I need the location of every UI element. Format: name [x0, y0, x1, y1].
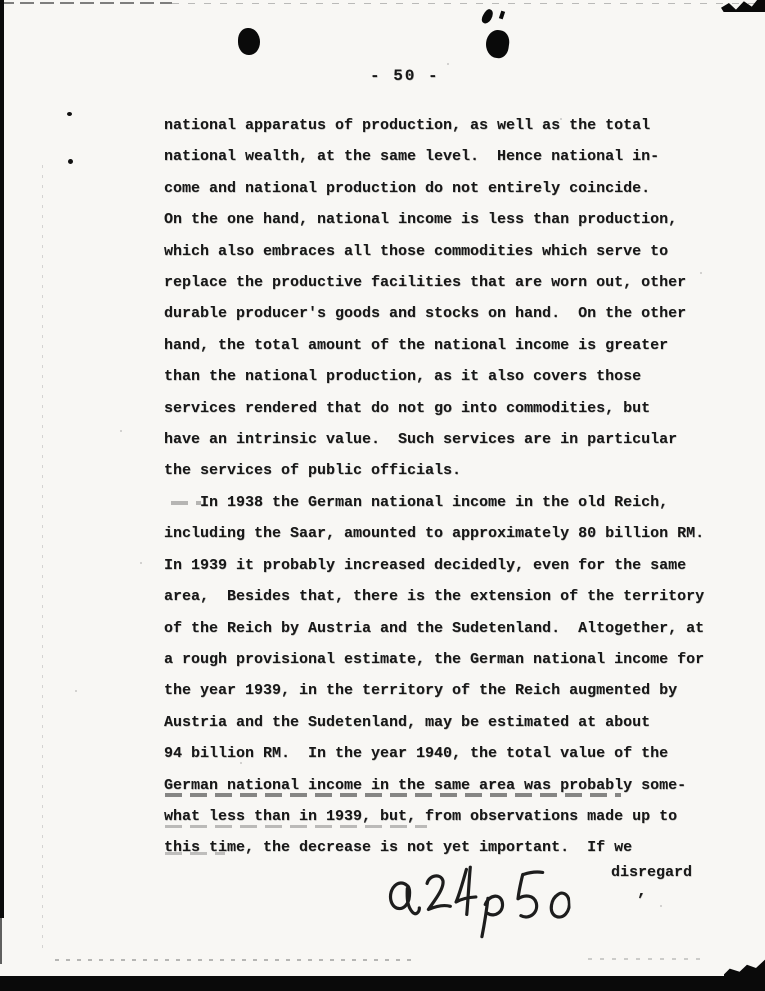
- text-line: come and national production do not enti…: [164, 173, 724, 204]
- body-text: national apparatus of production, as wel…: [164, 110, 724, 864]
- text-line: In 1938 the German national income in th…: [164, 487, 724, 518]
- text-line: have an intrinsic value. Such services a…: [164, 424, 724, 455]
- top-edge-scan-line: [0, 2, 172, 4]
- top-right-ink-mark: [721, 0, 765, 12]
- text-line: In 1939 it probably increased decidedly,…: [164, 550, 724, 581]
- text-line: what less than in 1939, but, from observ…: [164, 801, 724, 832]
- bottom-dotted-scan-line: [55, 959, 415, 961]
- text-line: the services of public officials.: [164, 455, 724, 486]
- text-line: than the national production, as it also…: [164, 361, 724, 392]
- text-line: German national income in the same area …: [164, 770, 724, 801]
- text-line: which also embraces all those commoditie…: [164, 236, 724, 267]
- scan-speck-dark: [67, 112, 72, 116]
- text-line: replace the productive facilities that a…: [164, 267, 724, 298]
- bottom-right-ink-mark: [724, 959, 765, 991]
- hole-punch-left: [238, 28, 260, 55]
- left-edge-scan-border: [0, 0, 4, 918]
- bottom-dotted-scan-line-2: [588, 958, 708, 960]
- bottom-edge-scan-border: [0, 976, 765, 991]
- ink-splatter-mark: [480, 8, 496, 25]
- page-number: - 50 -: [370, 67, 440, 85]
- scanned-document-page: - 50 - national apparatus of production,…: [0, 0, 765, 991]
- scan-speck: [447, 63, 449, 65]
- continuation-mark: ,: [637, 882, 647, 900]
- scan-speck: [120, 430, 122, 432]
- text-line: Austria and the Sudetenland, may be esti…: [164, 707, 724, 738]
- text-line: 94 billion RM. In the year 1940, the tot…: [164, 738, 724, 769]
- continuation-word: disregard: [611, 864, 692, 881]
- text-line: a rough provisional estimate, the German…: [164, 644, 724, 675]
- text-line: hand, the total amount of the national i…: [164, 330, 724, 361]
- scan-speck: [140, 562, 142, 564]
- scan-speck-dark: [68, 159, 73, 164]
- text-line: area, Besides that, there is the extensi…: [164, 581, 724, 612]
- handwritten-note: R24 p50: [378, 851, 572, 949]
- text-line: durable producer's goods and stocks on h…: [164, 298, 724, 329]
- scan-speck: [660, 905, 662, 907]
- text-line: On the one hand, national income is less…: [164, 204, 724, 235]
- left-edge-scan-border-tail: [0, 918, 2, 964]
- scan-speck: [75, 690, 77, 692]
- text-line: the year 1939, in the territory of the R…: [164, 675, 724, 706]
- text-line: services rendered that do not go into co…: [164, 393, 724, 424]
- vertical-scan-dots: [42, 165, 43, 955]
- text-line: of the Reich by Austria and the Sudetenl…: [164, 613, 724, 644]
- text-line: national wealth, at the same level. Henc…: [164, 141, 724, 172]
- text-line: including the Saar, amounted to approxim…: [164, 518, 724, 549]
- top-edge-scan-line-faint: [172, 3, 765, 4]
- hole-punch-right: [484, 29, 511, 60]
- text-line: national apparatus of production, as wel…: [164, 110, 724, 141]
- ink-splatter-mark-small: [499, 11, 505, 20]
